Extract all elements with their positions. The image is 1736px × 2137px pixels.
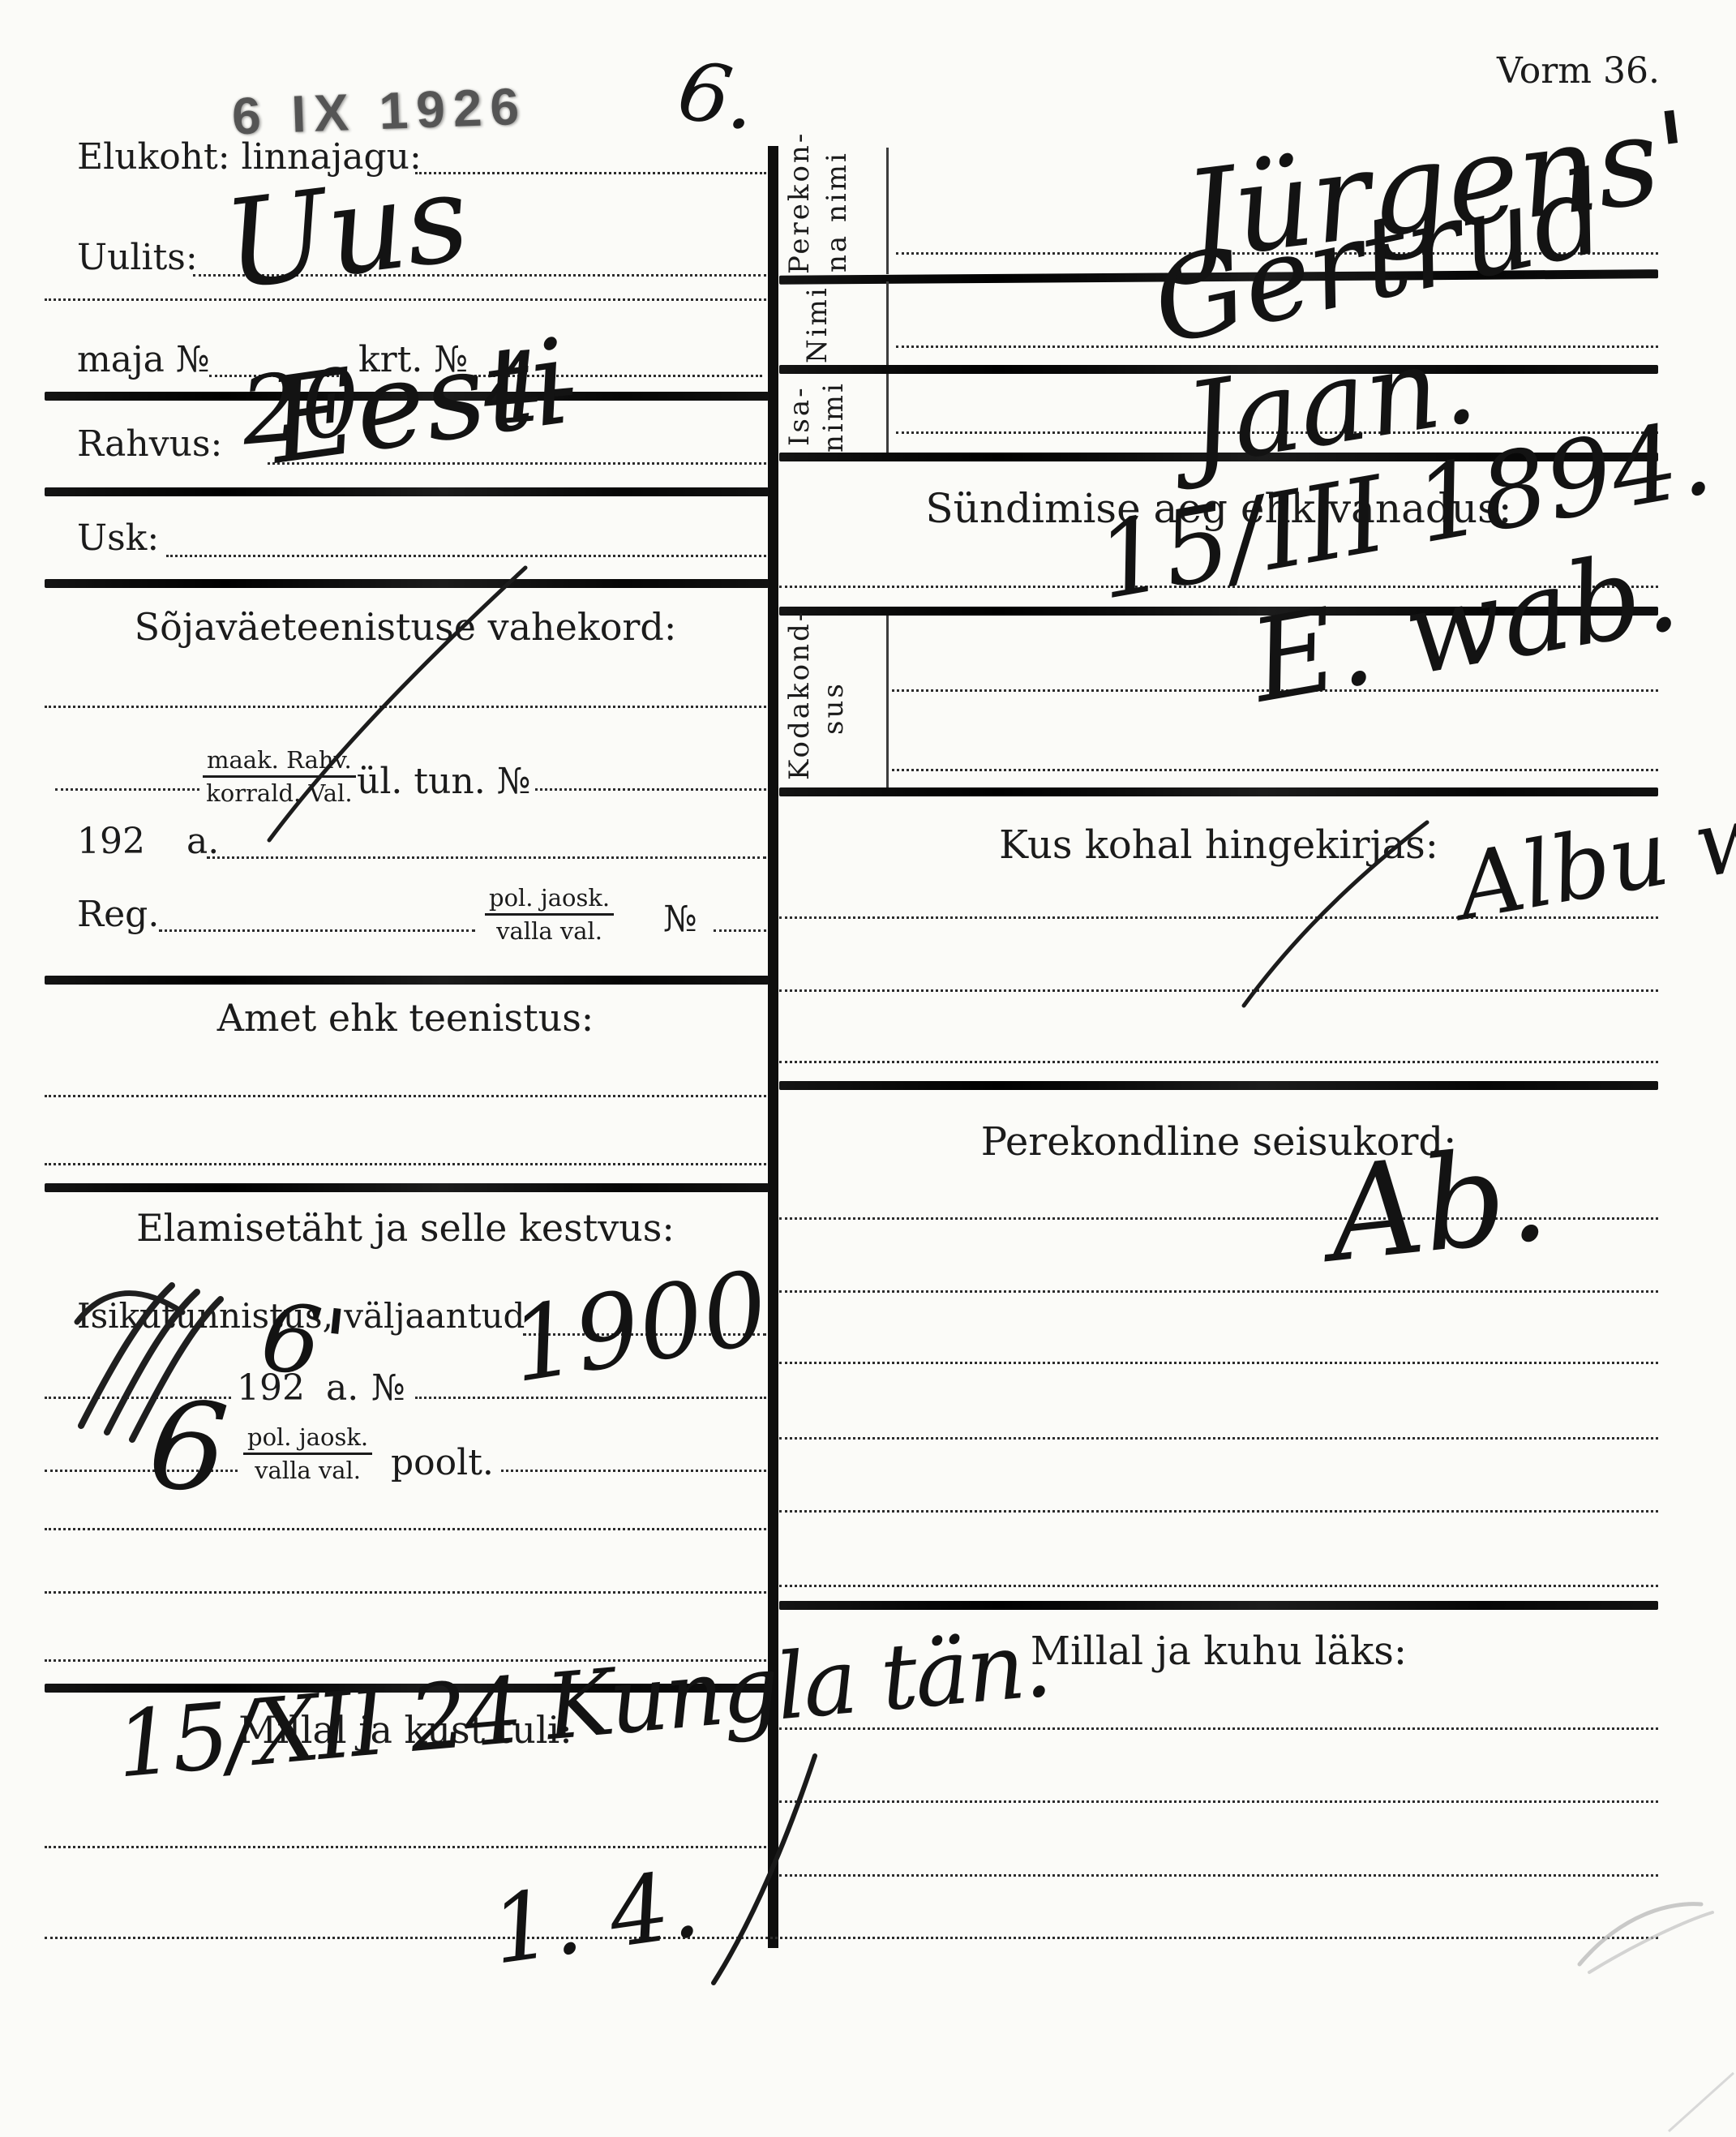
arrival-handwriting: 15/XII 24 Kungla tän. [112, 1611, 1053, 1798]
fraction-top: pol. jaosk. [485, 884, 614, 916]
section-bar [779, 1601, 1658, 1610]
fraction-top: pol. jaosk. [243, 1423, 372, 1455]
isik-pol-jaosk-fraction: pol. jaosk. valla val. [243, 1423, 372, 1484]
reg-no-symbol: № [663, 899, 697, 940]
dotted-line [45, 1591, 766, 1594]
dotted-line [45, 1095, 766, 1097]
military-service-heading: Sõjaväeteenistuse vahekord: [135, 605, 677, 649]
ul-tun-label: ül. tun. № [357, 761, 530, 802]
dotted-line [45, 1846, 766, 1848]
maak-rahv-fraction: maak. Rahv. korrald. Val. [203, 746, 356, 807]
departure-heading: Millal ja kuhu läks: [1031, 1628, 1407, 1674]
fraction-top: maak. Rahv. [203, 746, 356, 778]
pencil-smudge [1580, 1904, 1701, 1964]
isik-year-digit-handwriting: 6' [256, 1283, 352, 1400]
section-bar [779, 787, 1658, 796]
dotted-line [207, 856, 766, 859]
pen-flourish-stroke [714, 1756, 815, 1983]
dotted-line [892, 769, 1658, 771]
citizenship-vertical-label-line1: Kodakond- [783, 618, 816, 780]
ink-strokes-overlay [0, 0, 1736, 2137]
dotted-line [45, 298, 766, 301]
isik-number-handwriting: 1900 [503, 1249, 776, 1405]
uulits-label: Uulits: [77, 237, 198, 278]
fraction-bottom: valla val. [485, 916, 614, 945]
citizenship-vertical-label-line2: sus [817, 667, 850, 735]
dotted-line [779, 1800, 1658, 1803]
poolt-label: poolt. [391, 1442, 494, 1483]
street-handwriting: Uus [217, 147, 476, 316]
usk-label: Usk: [77, 517, 159, 559]
dotted-line [779, 1362, 1658, 1364]
date-stamp: 6 IX 1926 [231, 76, 528, 147]
dotted-line [415, 1397, 766, 1399]
dotted-line [779, 1874, 1658, 1877]
name-vertical-label: Nimi [801, 285, 834, 363]
residence-permit-heading: Elamisetäht ja selle kestvus: [136, 1206, 675, 1250]
registry-handwriting: Albu w [1450, 782, 1736, 941]
dotted-line [45, 1528, 766, 1530]
dotted-line [55, 788, 199, 791]
patronymic-vertical-label-line1: Isa- [783, 389, 816, 446]
scan-edge-mark [1669, 2073, 1734, 2131]
occupation-heading: Amet ehk teenistus: [217, 996, 594, 1040]
form-number: Vorm 36. [1497, 50, 1660, 92]
dotted-line [159, 929, 475, 932]
label-box-line [886, 374, 889, 454]
arrival-handwriting-line2: 1. 4. [485, 1849, 705, 1985]
dotted-line [166, 555, 766, 557]
dotted-line [779, 1510, 1658, 1513]
dotted-line [415, 172, 766, 174]
dotted-line [714, 929, 766, 932]
isik-no-symbol: № [371, 1367, 405, 1409]
reg-label: Reg. [77, 894, 159, 935]
dotted-line [779, 1061, 1658, 1063]
section-bar [779, 1081, 1658, 1090]
registration-card-page: Vorm 36. Elukoht: linnajagu: Uulits: maj… [0, 0, 1736, 2137]
year-192-label: 192 [77, 821, 145, 862]
marital-status-handwriting: Ab. [1322, 1118, 1554, 1291]
dotted-line [779, 1290, 1658, 1293]
dotted-line [45, 1163, 766, 1165]
label-box-line [886, 281, 889, 365]
registry-heading: Kus kohal hingekirjas: [999, 822, 1438, 868]
rahvus-label: Rahvus: [77, 423, 222, 465]
fraction-bottom: valla val. [243, 1455, 372, 1484]
maja-label: maja № [77, 339, 209, 380]
fraction-bottom: korrald. Val. [203, 778, 356, 807]
patronymic-vertical-label-line2: nimi [817, 383, 850, 453]
pencil-smudge [1589, 1912, 1712, 1972]
dotted-line [45, 706, 766, 708]
dotted-line [779, 1437, 1658, 1440]
corner-note-handwriting: 6. [671, 42, 764, 149]
pol-jaosk-fraction: pol. jaosk. valla val. [485, 884, 614, 945]
dotted-line [779, 1585, 1658, 1587]
section-bar [45, 976, 769, 985]
dotted-line [535, 788, 766, 791]
dotted-line [779, 989, 1658, 992]
surname-vertical-label-line1: Perekon- [783, 152, 816, 274]
section-bar [45, 1183, 769, 1192]
surname-vertical-label-line2: na nimi [821, 159, 853, 272]
label-box-line [886, 148, 889, 274]
isik-margin-digit-handwriting: 6 [144, 1374, 233, 1521]
section-bar [45, 579, 769, 588]
dotted-line [45, 1937, 1658, 1939]
label-box-line [886, 616, 889, 788]
dotted-line [501, 1470, 766, 1472]
section-bar [45, 487, 769, 496]
